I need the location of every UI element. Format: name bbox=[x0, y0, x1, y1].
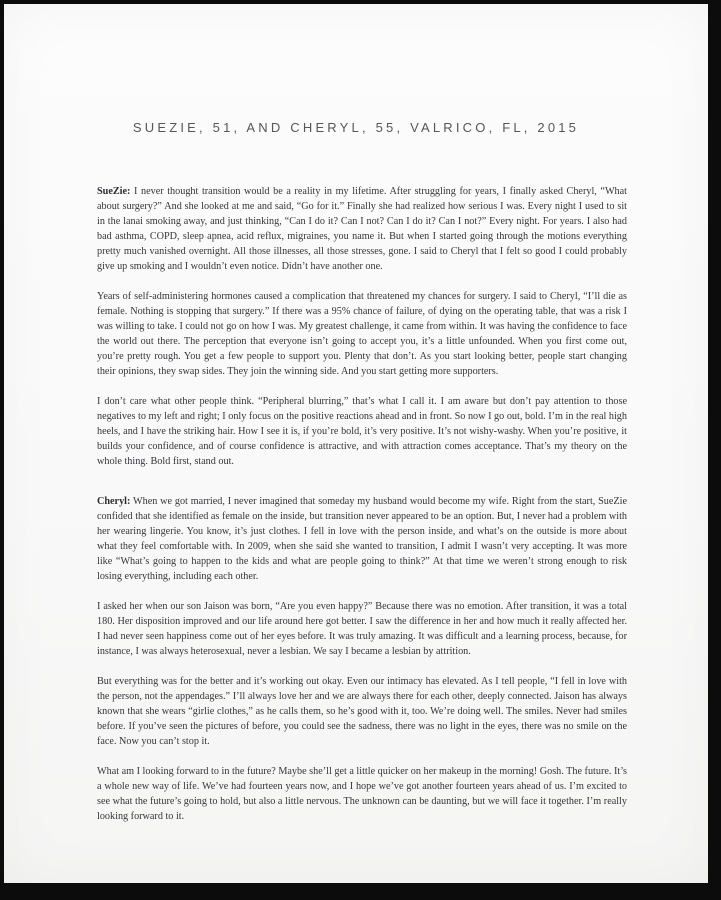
interview-text: SueZie: I never thought transition would… bbox=[97, 184, 627, 824]
page-title: SUEZIE, 51, AND CHERYL, 55, VALRICO, FL,… bbox=[4, 4, 708, 135]
paragraph-cheryl-2: I asked her when our son Jaison was born… bbox=[97, 599, 627, 659]
speaker-label-suezie: SueZie: bbox=[97, 186, 130, 197]
book-page: SUEZIE, 51, AND CHERYL, 55, VALRICO, FL,… bbox=[4, 4, 708, 883]
paragraph-cheryl-4: What am I looking forward to in the futu… bbox=[97, 764, 627, 824]
paragraph-text: I don’t care what other people think. “P… bbox=[97, 396, 627, 467]
paragraph-text: I asked her when our son Jaison was born… bbox=[97, 601, 627, 657]
paragraph-text: When we got married, I never imagined th… bbox=[97, 496, 627, 582]
paragraph-suezie-3: I don’t care what other people think. “P… bbox=[97, 394, 627, 469]
paragraph-text: I never thought transition would be a re… bbox=[97, 186, 627, 272]
paragraph-text: But everything was for the better and it… bbox=[97, 676, 627, 747]
paragraph-cheryl-1: Cheryl: When we got married, I never ima… bbox=[97, 494, 627, 584]
paragraph-text: Years of self-administering hormones cau… bbox=[97, 291, 627, 377]
paragraph-suezie-1: SueZie: I never thought transition would… bbox=[97, 184, 627, 274]
paragraph-text: What am I looking forward to in the futu… bbox=[97, 766, 627, 822]
paragraph-suezie-2: Years of self-administering hormones cau… bbox=[97, 289, 627, 379]
speaker-label-cheryl: Cheryl: bbox=[97, 496, 130, 507]
paragraph-cheryl-3: But everything was for the better and it… bbox=[97, 674, 627, 749]
